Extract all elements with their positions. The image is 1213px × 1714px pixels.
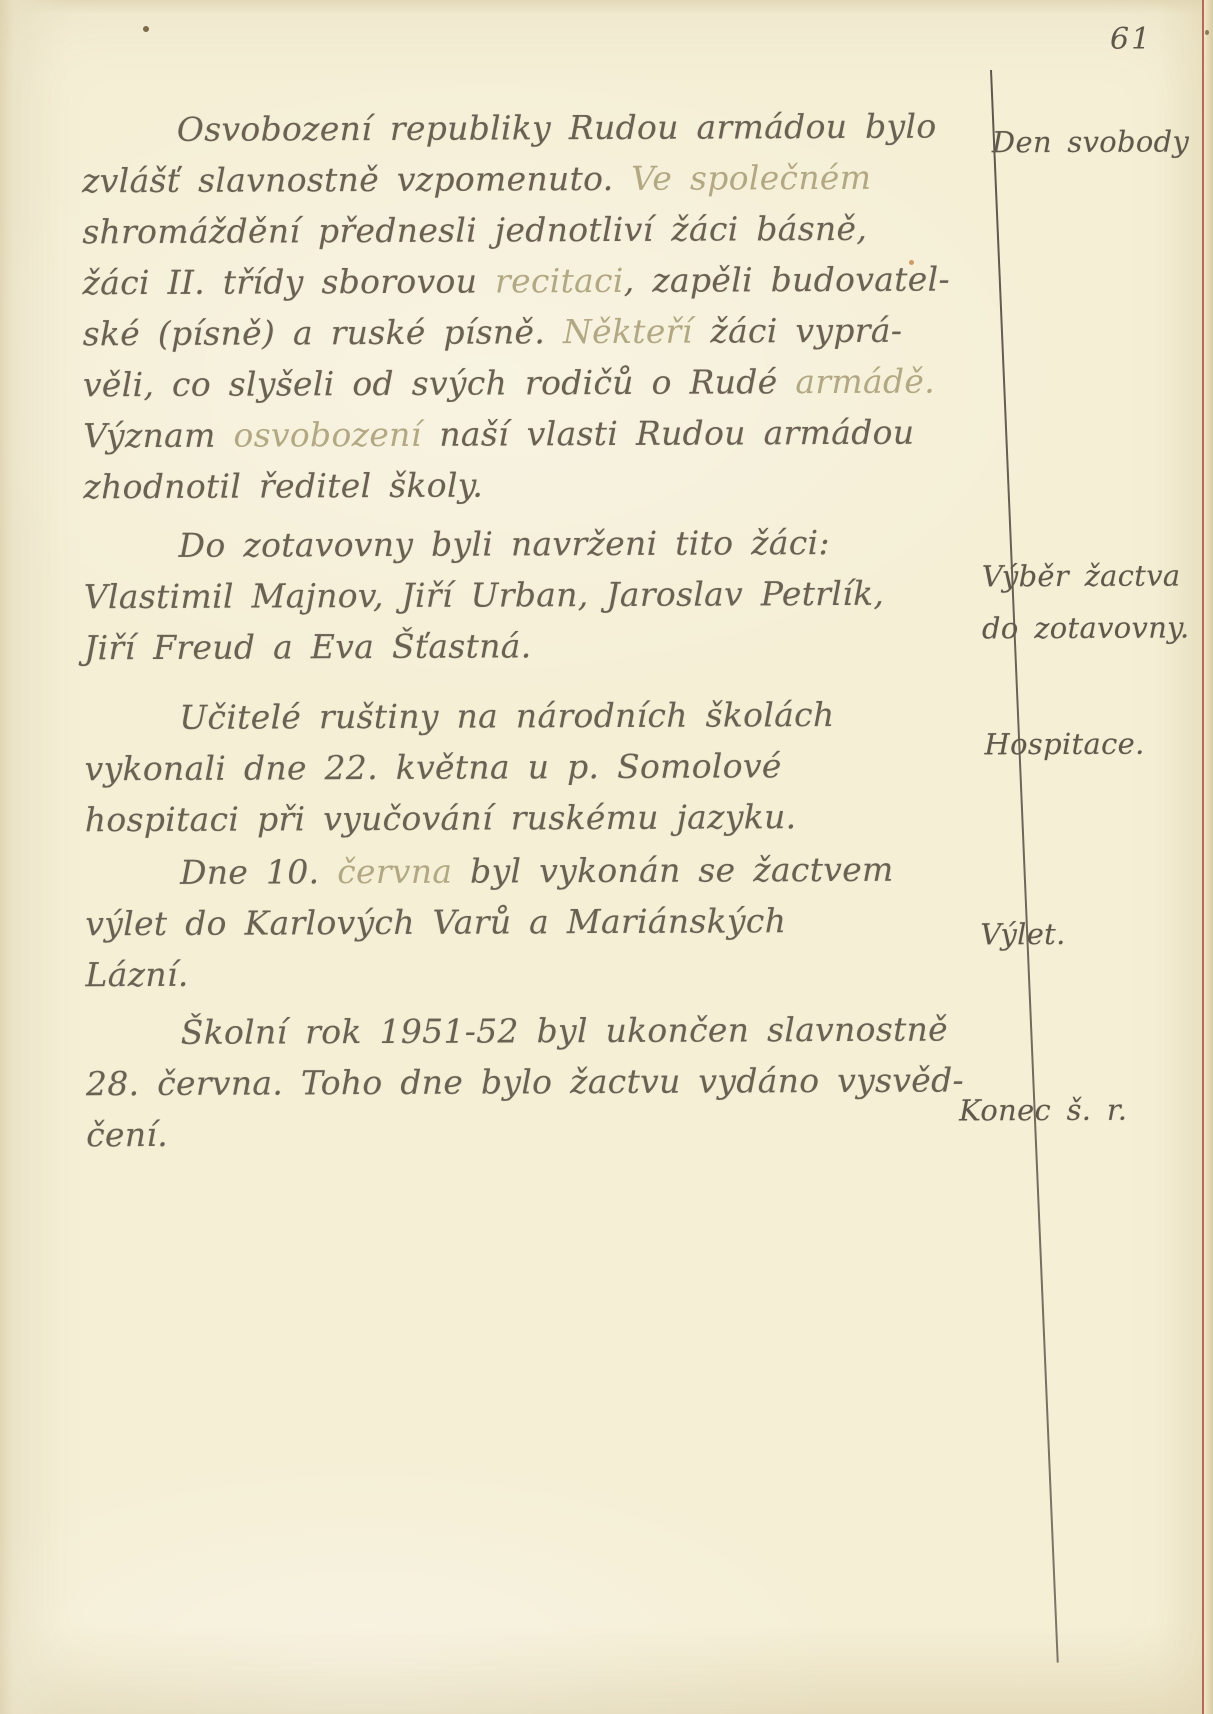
manuscript-line: Školní rok 1951-52 byl ukončen slavnostn… (86, 1004, 916, 1059)
paragraph-recovery-home: Do zotavovny byli navrženi tito žáci: Vl… (84, 517, 915, 674)
margin-note-line: do zotavovny. (982, 601, 1190, 654)
paragraph-school-year-end: Školní rok 1951-52 byl ukončen slavnostn… (86, 1004, 917, 1161)
manuscript-line: Osvobození republiky Rudou armádou bylo (82, 101, 912, 156)
margin-note-vylet: Výlet. (980, 908, 1065, 960)
margin-note-konec-sr: Konec š. r. (959, 1084, 1127, 1137)
margin-note-den-svobody: Den svobody (992, 115, 1190, 168)
manuscript-line: zhodnotil ředitel školy. (83, 458, 913, 513)
manuscript-line: vykonali dne 22. května u p. Somolové (84, 740, 914, 795)
manuscript-line: zvlášť slavnostně vzpomenuto. Ve společn… (82, 152, 912, 207)
paragraph-inspection: Učitelé ruštiny na národních školách vyk… (84, 689, 915, 846)
margin-note-hospitace: Hospitace. (984, 718, 1144, 771)
manuscript-line: žáci II. třídy sborovou recitaci, zapěli… (82, 254, 912, 309)
paragraph-liberation-day: Osvobození republiky Rudou armádou bylo … (82, 101, 914, 513)
chronicle-page: 61 Osvobození republiky Rudou armádou by… (0, 0, 1213, 1714)
manuscript-line: Lázní. (85, 946, 915, 1001)
manuscript-line: hospitaci při vyučování ruskému jazyku. (85, 791, 915, 846)
manuscript-line: věli, co slyšeli od svých rodičů o Rudé … (83, 356, 913, 411)
manuscript-line: Dne 10. června byl vykonán se žactvem (85, 844, 915, 899)
margin-note-line: Den svobody (992, 115, 1190, 168)
margin-note-line: Výlet. (980, 908, 1065, 960)
manuscript-line: ské (písně) a ruské písně. Někteří žáci … (83, 305, 913, 360)
manuscript-line: Jiří Freud a Eva Šťastná. (84, 619, 914, 674)
manuscript-line: Učitelé ruštiny na národních školách (84, 689, 914, 744)
manuscript-line: výlet do Karlových Varů a Mariánských (85, 895, 915, 950)
manuscript-line: 28. června. Toho dne bylo žactvu vydáno … (86, 1055, 916, 1110)
paragraph-trip: Dne 10. června byl vykonán se žactvem vý… (85, 844, 916, 1001)
margin-note-vyber-zactva: Výběr žactva do zotavovny. (982, 549, 1190, 654)
manuscript-line: shromáždění přednesli jednotliví žáci bá… (82, 203, 912, 258)
handwritten-text-layer: Osvobození republiky Rudou armádou bylo … (0, 0, 1213, 1714)
manuscript-line: Vlastimil Majnov, Jiří Urban, Jaroslav P… (84, 568, 914, 623)
manuscript-line: čení. (86, 1106, 916, 1161)
margin-note-line: Hospitace. (984, 718, 1144, 771)
margin-note-line: Konec š. r. (959, 1084, 1127, 1137)
manuscript-line: Do zotavovny byli navrženi tito žáci: (84, 517, 914, 572)
margin-note-line: Výběr žactva (982, 549, 1190, 602)
manuscript-line: Význam osvobození naší vlasti Rudou armá… (83, 407, 913, 462)
